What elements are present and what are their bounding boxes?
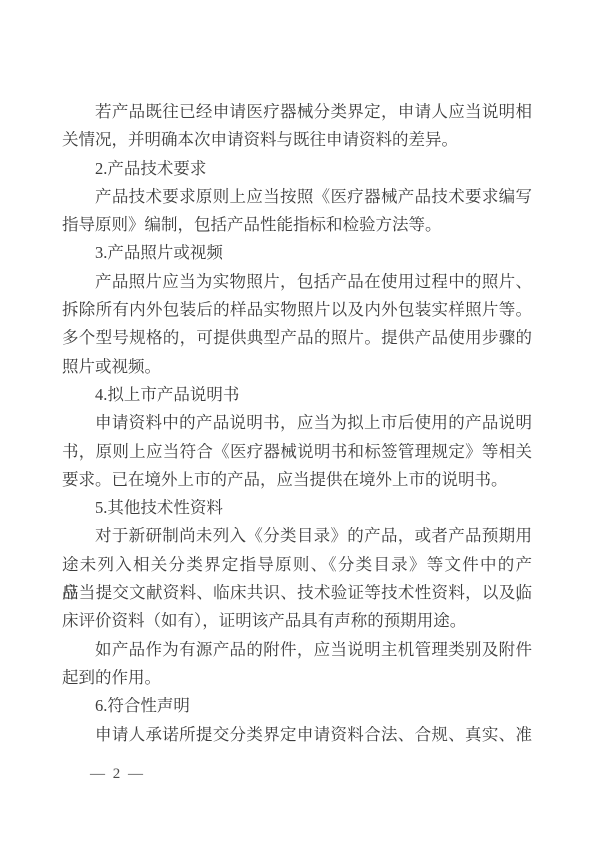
body-text-line: 指导原则》编制，包括产品性能指标和检验方法等。 (62, 211, 532, 239)
body-text-line: 多个型号规格的，可提供典型产品的照片。提供产品使用步骤的 (62, 324, 532, 352)
body-text-line: 书，原则上应当符合《医疗器械说明书和标签管理规定》等相关 (62, 438, 532, 466)
body-text-line: 申请资料中的产品说明书，应当为拟上市后使用的产品说明 (62, 409, 532, 437)
section-heading: 4.拟上市产品说明书 (62, 381, 532, 409)
section-heading: 2.产品技术要求 (62, 155, 532, 183)
section-heading: 3.产品照片或视频 (62, 239, 532, 267)
body-text-line: 申请人承诺所提交分类界定申请资料合法、合规、真实、准 (62, 721, 532, 749)
body-text-line: 如产品作为有源产品的附件，应当说明主机管理类别及附件 (62, 636, 532, 664)
body-text-line: 起到的作用。 (62, 664, 532, 692)
body-text-line: 床评价资料（如有），证明该产品具有声称的预期用途。 (62, 607, 532, 635)
body-text-line: 途未列入相关分类界定指导原则、《分类目录》等文件中的产品， (62, 551, 532, 579)
body-text-line: 若产品既往已经申请医疗器械分类界定，申请人应当说明相 (62, 98, 532, 126)
body-text-line: 关情况，并明确本次申请资料与既往申请资料的差异。 (62, 126, 532, 154)
document-page: 若产品既往已经申请医疗器械分类界定，申请人应当说明相 关情况，并明确本次申请资料… (0, 0, 600, 848)
body-text-line: 要求。已在境外上市的产品，应当提供在境外上市的说明书。 (62, 466, 532, 494)
page-number: — 2 — (90, 764, 145, 784)
body-text-line: 对于新研制尚未列入《分类目录》的产品，或者产品预期用 (62, 522, 532, 550)
body-text-line: 照片或视频。 (62, 353, 532, 381)
body-text-line: 产品照片应当为实物照片，包括产品在使用过程中的照片、 (62, 268, 532, 296)
document-body: 若产品既往已经申请医疗器械分类界定，申请人应当说明相 关情况，并明确本次申请资料… (62, 98, 532, 749)
body-text-line: 产品技术要求原则上应当按照《医疗器械产品技术要求编写 (62, 183, 532, 211)
section-heading: 5.其他技术性资料 (62, 494, 532, 522)
section-heading: 6.符合性声明 (62, 692, 532, 720)
body-text-line: 拆除所有内外包装后的样品实物照片以及内外包装实样照片等。 (62, 296, 532, 324)
body-text-line: 应当提交文献资料、临床共识、技术验证等技术性资料，以及临 (62, 579, 532, 607)
